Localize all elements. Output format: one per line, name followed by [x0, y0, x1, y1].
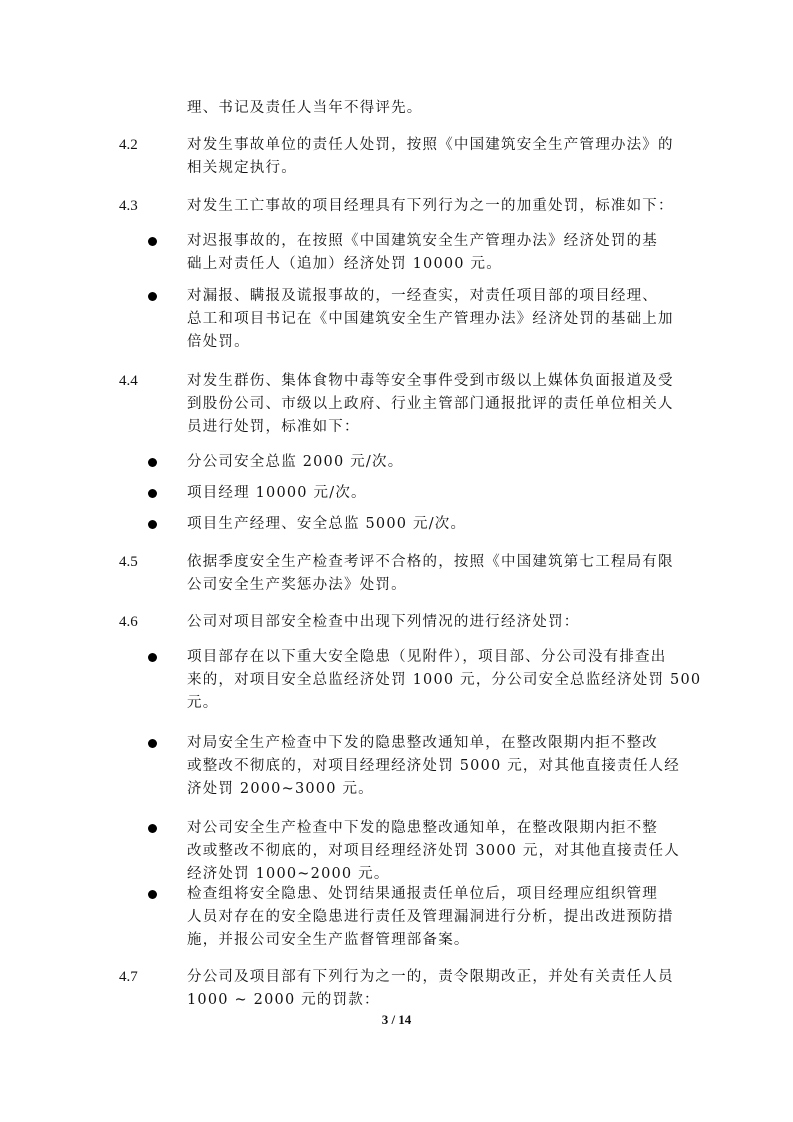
bullet-text: 来的，对项目安全总监经济处罚 1000 元，分公司安全总监经济处罚 500	[187, 670, 674, 691]
bullet-text: 项目部存在以下重大安全隐患（见附件），项目部、分公司没有排查出	[187, 647, 674, 668]
bullet-text: 对公司安全生产检查中下发的隐患整改通知单，在整改限期内拒不整	[187, 818, 674, 839]
bullet-text: 对迟报事故的，在按照《中国建筑安全生产管理办法》经济处罚的基	[187, 231, 674, 252]
section-number: 4.4	[119, 371, 138, 392]
section-text: 相关规定执行。	[187, 158, 674, 179]
bullet-text: 元。	[187, 693, 674, 714]
section-text: 依据季度安全生产检查考评不合格的，按照《中国建筑第七工程局有限	[187, 552, 674, 573]
section-number: 4.5	[119, 552, 138, 573]
bullet-icon	[148, 653, 157, 662]
bullet-text: 人员对存在的安全隐患进行责任及管理漏洞进行分析，提出改进预防措	[187, 907, 674, 928]
bullet-text: 改或整改不彻底的，对项目经理经济处罚 3000 元，对其他直接责任人	[187, 841, 674, 862]
bullet-text: 对局安全生产检查中下发的隐患整改通知单，在整改限期内拒不整改	[187, 733, 674, 754]
section-text: 对发生事故单位的责任人处罚，按照《中国建筑安全生产管理办法》的	[187, 135, 674, 156]
section-text: 到股份公司、市级以上政府、行业主管部门通报批评的责任单位相关人	[187, 394, 674, 415]
bullet-text: 经济处罚 1000~2000 元。	[187, 864, 674, 885]
page-number: 3 / 14	[0, 1012, 793, 1028]
section-number: 4.2	[119, 135, 138, 156]
bullet-text: 施，并报公司安全生产监督管理部备案。	[187, 930, 674, 951]
bullet-icon	[148, 237, 157, 246]
bullet-text: 总工和项目书记在《中国建筑安全生产管理办法》经济处罚的基础上加	[187, 309, 674, 330]
bullet-icon	[148, 292, 157, 301]
bullet-icon	[148, 824, 157, 833]
bullet-text: 济处罚 2000~3000 元。	[187, 779, 674, 800]
document-page: 理、书记及责任人当年不得评先。 4.2 对发生事故单位的责任人处罚，按照《中国建…	[0, 0, 793, 1122]
bullet-text: 倍处罚。	[187, 332, 674, 353]
section-text: 公司安全生产奖惩办法》处罚。	[187, 575, 674, 596]
section-text: 公司对项目部安全检查中出现下列情况的进行经济处罚：	[187, 612, 674, 633]
section-text: 1000 ~ 2000 元的罚款：	[187, 990, 674, 1011]
continuation-line: 理、书记及责任人当年不得评先。	[187, 98, 674, 119]
bullet-text: 础上对责任人（追加）经济处罚 10000 元。	[187, 254, 674, 275]
bullet-text: 检查组将安全隐患、处罚结果通报责任单位后，项目经理应组织管理	[187, 884, 674, 905]
section-text: 员进行处罚，标准如下：	[187, 417, 674, 438]
section-number: 4.6	[119, 612, 138, 633]
section-number: 4.3	[119, 196, 138, 217]
bullet-icon	[148, 739, 157, 748]
section-number: 4.7	[119, 967, 138, 988]
bullet-icon	[148, 458, 157, 467]
bullet-text: 分公司安全总监 2000 元/次。	[187, 452, 674, 473]
section-text: 分公司及项目部有下列行为之一的，责令限期改正，并处有关责任人员	[187, 967, 674, 988]
bullet-icon	[148, 890, 157, 899]
bullet-text: 项目生产经理、安全总监 5000 元/次。	[187, 514, 674, 535]
bullet-text: 项目经理 10000 元/次。	[187, 483, 674, 504]
bullet-text: 对漏报、瞒报及谎报事故的，一经查实，对责任项目部的项目经理、	[187, 286, 674, 307]
bullet-icon	[148, 520, 157, 529]
section-text: 对发生群伤、集体食物中毒等安全事件受到市级以上媒体负面报道及受	[187, 371, 674, 392]
bullet-text: 或整改不彻底的，对项目经理经济处罚 5000 元，对其他直接责任人经	[187, 756, 674, 777]
bullet-icon	[148, 489, 157, 498]
section-text: 对发生工亡事故的项目经理具有下列行为之一的加重处罚，标准如下：	[187, 196, 674, 217]
